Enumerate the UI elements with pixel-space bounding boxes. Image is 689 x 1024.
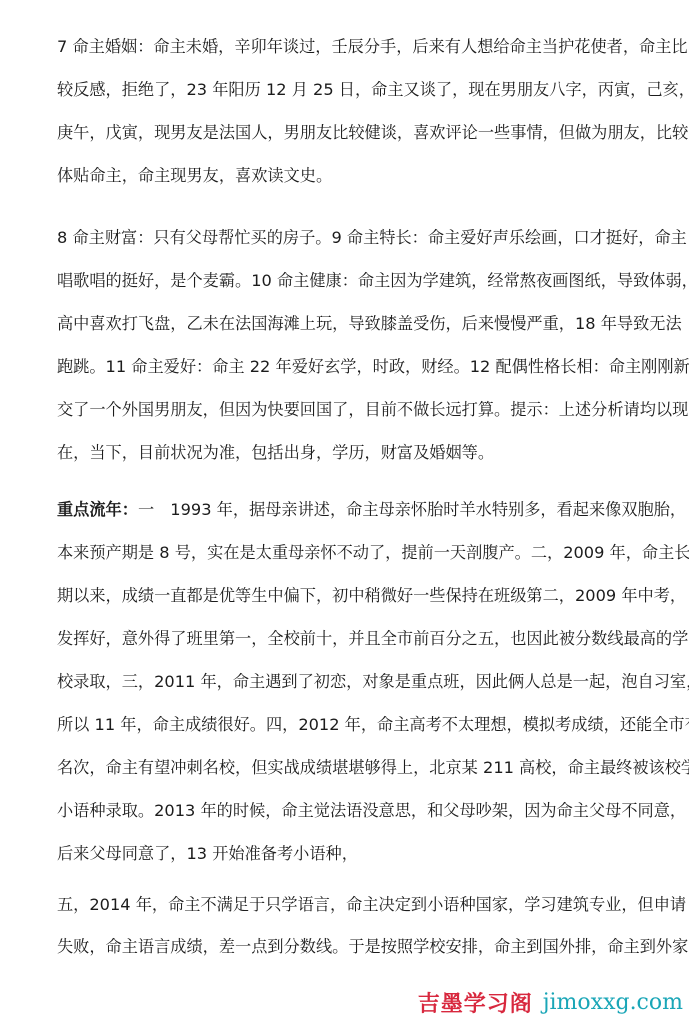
site-watermark: 吉墨学习阁 jimoxxg.com (418, 988, 683, 1016)
watermark-site-name: 吉墨学习阁 (418, 987, 533, 1018)
text-span: 一 1993 年，据母亲讲述，命主母亲怀胎时羊水特别多，看起来像双胞胎， (138, 500, 686, 519)
section-heading: 重点流年： (57, 500, 138, 519)
text-line: 庚午，戊寅，现男友是法国人，男朋友比较健谈，喜欢评论一些事情，但做为朋友，比较 (57, 121, 637, 145)
text-line: 五，2014 年，命主不满足于只学语言，命主决定到小语种国家，学习建筑专业，但申… (57, 893, 637, 917)
text-line: 8 命主财富：只有父母帮忙买的房子。9 命主特长：命主爱好声乐绘画，口才挺好，命… (57, 226, 637, 250)
watermark-domain: jimoxxg.com (543, 990, 683, 1015)
text-line: 唱歌唱的挺好，是个麦霸。10 命主健康：命主因为学建筑，经常熬夜画图纸，导致体弱… (57, 269, 637, 293)
text-line: 失败，命主语言成绩，差一点到分数线。于是按照学校安排，命主到国外排，命主到外家， (57, 935, 637, 959)
text-line: 7 命主婚姻：命主未婚，辛卯年谈过，壬辰分手，后来有人想给命主当护花使者，命主比 (57, 35, 637, 59)
text-line: 期以来，成绩一直都是优等生中偏下，初中稍微好一些保持在班级第二，2009 年中考… (57, 584, 637, 608)
text-line: 发挥好，意外得了班里第一，全校前十，并且全市前百分之五，也因此被分数线最高的学 (57, 627, 637, 651)
text-line: 高中喜欢打飞盘，乙未在法国海滩上玩，导致膝盖受伤，后来慢慢严重，18 年导致无法 (57, 312, 637, 336)
text-line: 所以 11 年，命主成绩很好。四，2012 年，命主高考不太理想，模拟考成绩，还… (57, 713, 637, 737)
text-line: 交了一个外国男朋友，但因为快要回国了，目前不做长远打算。提示：上述分析请均以现 (57, 398, 637, 422)
text-line: 本来预产期是 8 号，实在是太重母亲怀不动了，提前一天剖腹产。二，2009 年，… (57, 541, 637, 565)
text-line: 跑跳。11 命主爱好：命主 22 年爱好玄学，时政，财经。12 配偶性格长相：命… (57, 355, 637, 379)
text-line: 小语种录取。2013 年的时候，命主觉法语没意思，和父母吵架，因为命主父母不同意… (57, 799, 637, 823)
text-line: 较反感，拒绝了，23 年阳历 12 月 25 日，命主又谈了，现在男朋友八字，丙… (57, 78, 637, 102)
text-line: 在，当下，目前状况为准，包括出身，学历，财富及婚姻等。 (57, 441, 637, 465)
text-line: 体贴命主，命主现男友，喜欢读文史。 (57, 164, 637, 188)
text-line: 后来父母同意了，13 开始准备考小语种， (57, 842, 637, 866)
text-line: 名次，命主有望冲刺名校，但实战成绩堪堪够得上，北京某 211 高校，命主最终被该… (57, 756, 637, 780)
document-page: 7 命主婚姻：命主未婚，辛卯年谈过，壬辰分手，后来有人想给命主当护花使者，命主比… (0, 0, 689, 1024)
text-line: 校录取，三，2011 年，命主遇到了初恋，对象是重点班，因此俩人总是一起，泡自习… (57, 670, 637, 694)
key-years-first-line: 重点流年：一 1993 年，据母亲讲述，命主母亲怀胎时羊水特别多，看起来像双胞胎… (57, 498, 637, 522)
